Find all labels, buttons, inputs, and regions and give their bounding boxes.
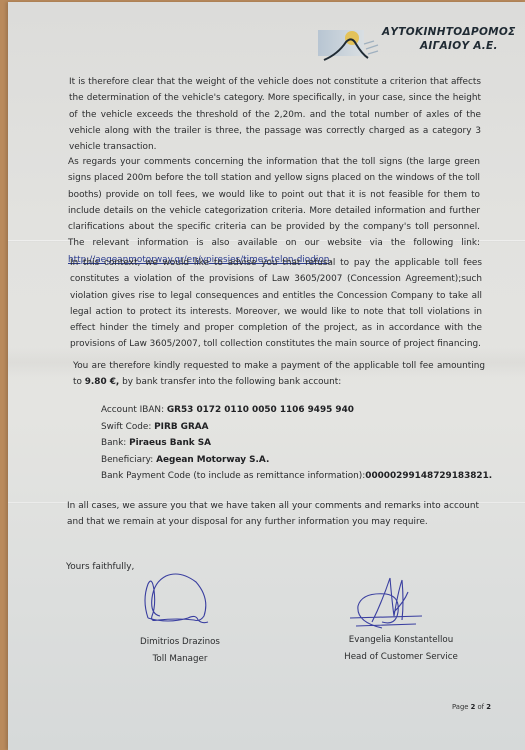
paragraph-toll-signs: As regards your comments concerning the … bbox=[68, 154, 480, 268]
payment-code-row: Bank Payment Code (to include as remitta… bbox=[101, 468, 492, 485]
signatory-title: Head of Customer Service bbox=[336, 652, 466, 662]
swift-row: Swift Code: PIRB GRAA bbox=[101, 419, 492, 436]
bank-details: Account IBAN: GR53 0172 0110 0050 1106 9… bbox=[101, 402, 492, 485]
paragraph-legal-context: In this context, we would like to advise… bbox=[70, 255, 482, 353]
bank-row: Bank: Piraeus Bank SA bbox=[101, 435, 492, 452]
swift-label: Swift Code: bbox=[101, 422, 154, 432]
page-prefix: Page bbox=[452, 703, 471, 711]
company-name-line1: ΑΥΤΟΚΙΝΗΤΟΔΡΟΜΟΣ bbox=[382, 26, 516, 38]
page-mid: of bbox=[475, 703, 486, 711]
iban-row: Account IBAN: GR53 0172 0110 0050 1106 9… bbox=[101, 402, 492, 419]
bank-value: Piraeus Bank SA bbox=[129, 438, 211, 448]
signatory-name: Evangelia Konstantellou bbox=[336, 635, 466, 645]
payment-code-label: Bank Payment Code (to include as remitta… bbox=[101, 471, 365, 481]
beneficiary-row: Beneficiary: Aegean Motorway S.A. bbox=[101, 452, 492, 469]
signature-drazinos-icon bbox=[138, 570, 218, 630]
swift-value: PIRB GRAA bbox=[154, 422, 208, 432]
beneficiary-label: Beneficiary: bbox=[101, 455, 156, 465]
paragraph-assurance: In all cases, we assure you that we have… bbox=[67, 498, 479, 531]
signature-konstantellou-icon bbox=[342, 572, 432, 634]
signatory-name: Dimitrios Drazinos bbox=[135, 637, 225, 647]
page-total: 2 bbox=[486, 703, 491, 711]
iban-label: Account IBAN: bbox=[101, 405, 167, 415]
paragraph-text-end: by bank transfer into the following bank… bbox=[119, 377, 341, 387]
payment-code-value: 00000299148729183821. bbox=[365, 471, 492, 481]
paragraph-text: As regards your comments concerning the … bbox=[68, 157, 480, 248]
paragraph-vehicle-category: It is therefore clear that the weight of… bbox=[69, 74, 481, 155]
paragraph-payment-request: You are therefore kindly requested to ma… bbox=[73, 358, 485, 391]
mountain-sun-logo-icon bbox=[318, 28, 386, 64]
beneficiary-value: Aegean Motorway S.A. bbox=[156, 455, 269, 465]
signatory-title: Toll Manager bbox=[135, 654, 225, 664]
page-number: Page 2 of 2 bbox=[452, 703, 491, 711]
bank-label: Bank: bbox=[101, 438, 129, 448]
closing-salutation: Yours faithfully, bbox=[66, 562, 134, 572]
company-logo: ΑΥΤΟΚΙΝΗΤΟΔΡΟΜΟΣ ΑΙΓΑΙΟΥ Α.Ε. bbox=[318, 22, 518, 64]
amount-due: 9.80 €, bbox=[85, 377, 120, 387]
iban-value: GR53 0172 0110 0050 1106 9495 940 bbox=[167, 405, 354, 415]
company-name-line2: ΑΙΓΑΙΟΥ Α.Ε. bbox=[420, 40, 498, 52]
